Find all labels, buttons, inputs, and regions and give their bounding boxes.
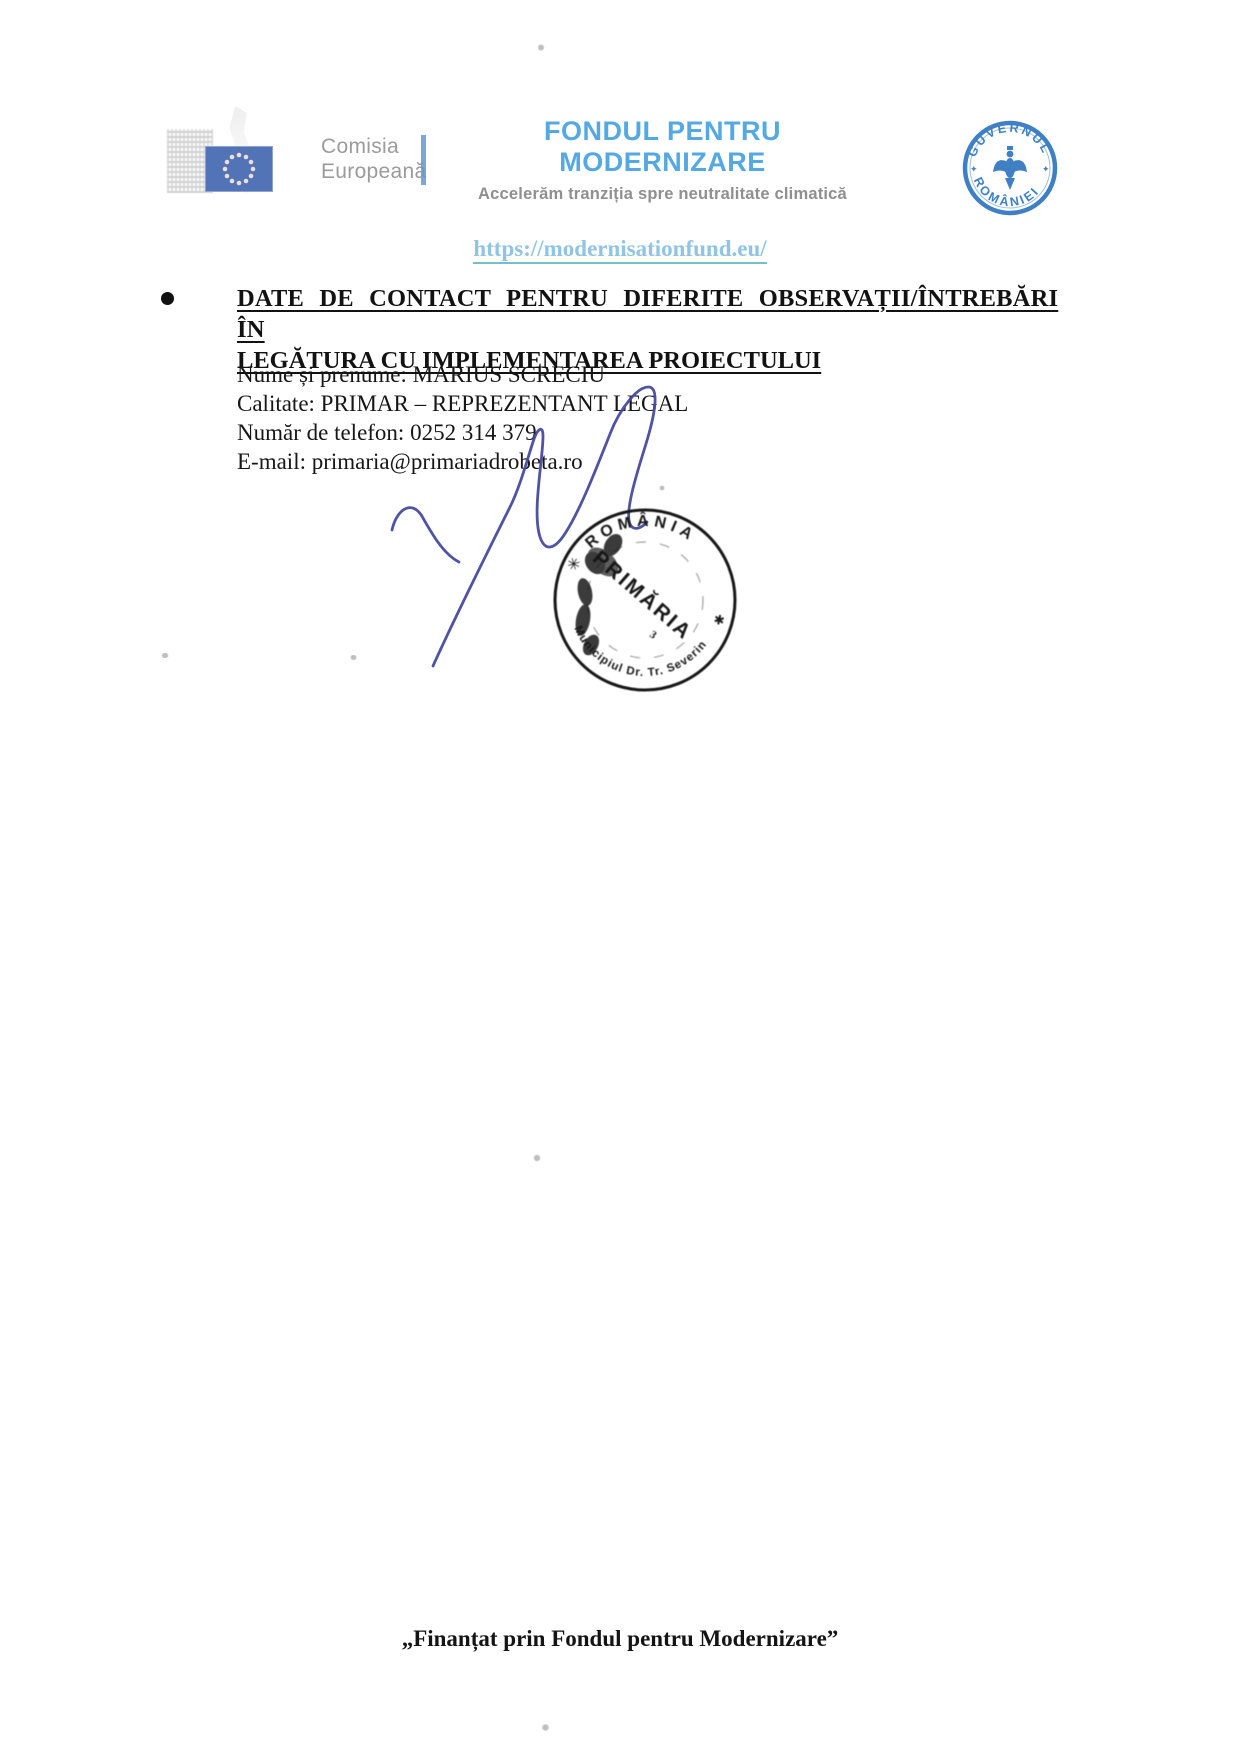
scan-speck: [659, 485, 665, 491]
scan-speck: [537, 44, 545, 51]
fund-subtitle: Accelerăm tranziția spre neutralitate cl…: [440, 185, 885, 204]
seal-star-left: ✦: [970, 164, 978, 174]
header-separator: [421, 135, 426, 185]
seal-star-right: ✦: [1042, 164, 1050, 174]
scan-speck: [541, 1724, 550, 1731]
stamp-small-mark: 3: [647, 629, 659, 642]
document-page: Comisia Europeană FONDUL PENTRU MODERNIZ…: [0, 0, 1240, 1754]
scan-speck: [349, 655, 358, 660]
url-row: https://modernisationfund.eu/: [0, 236, 1240, 262]
fund-title: FONDUL PENTRU MODERNIZARE: [440, 116, 885, 178]
stamp-side-star: ✱: [710, 612, 728, 627]
eu-flag-icon: [205, 146, 273, 192]
fund-wordmark: FONDUL PENTRU MODERNIZARE Accelerăm tran…: [440, 116, 885, 204]
official-stamp: ✳ ROMÂNIA Municipiul Dr. Tr. Severin PRI…: [545, 500, 745, 705]
gov-seal-icon: GUVERNUL ROMÂNIEI ✦ ✦: [962, 120, 1058, 221]
svg-text:✳ ROMÂNIA: ✳ ROMÂNIA: [564, 511, 699, 574]
scan-speck: [160, 653, 170, 658]
eu-stars-icon: [205, 146, 273, 192]
eagle-icon: [993, 146, 1027, 190]
site-url-link[interactable]: https://modernisationfund.eu/: [473, 236, 766, 264]
heading-line1: DATE DE CONTACT PENTRU DIFERITE OBSERVAȚ…: [237, 283, 1061, 345]
footer-funding-note: „Finanțat prin Fondul pentru Modernizare…: [0, 1626, 1240, 1652]
section-bullet: [161, 292, 174, 305]
stamp-arc-top: ✳ ROMÂNIA: [564, 511, 699, 574]
scan-speck: [533, 1154, 541, 1162]
